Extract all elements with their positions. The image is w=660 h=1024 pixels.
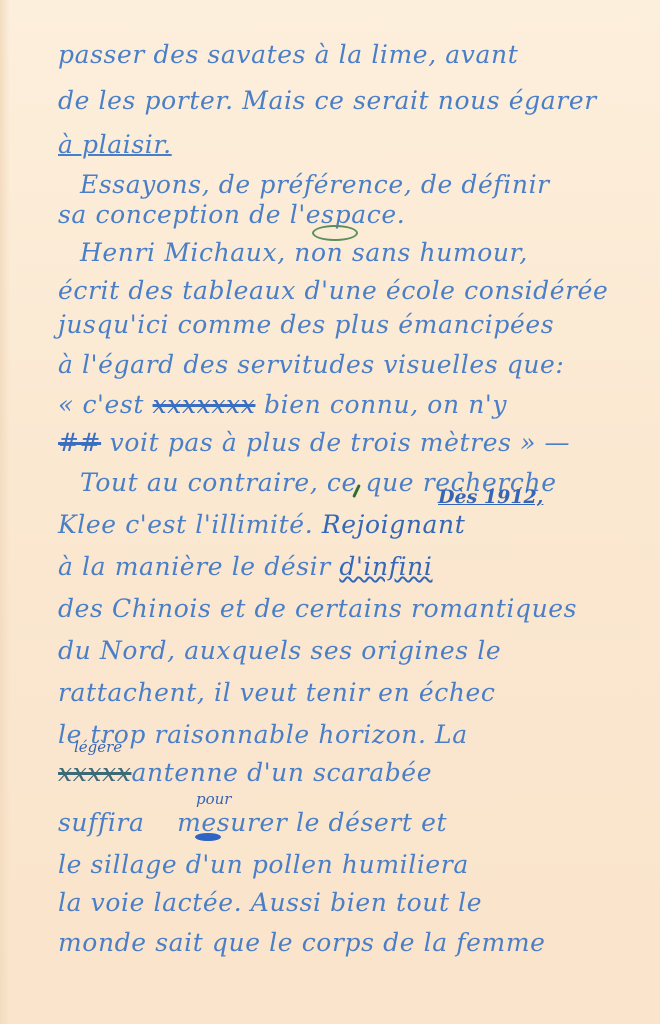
line-20-post: mesurer le désert et [169, 808, 448, 837]
struck-a: à [153, 808, 169, 837]
text-line-5: sa conception de l'espace. [58, 200, 654, 229]
line-20-pre: suffira [58, 808, 153, 837]
underlined-infini: d'infini [339, 552, 432, 581]
line-10-pre: « c'est [58, 390, 153, 419]
text-line-8: jusqu'ici comme des plus émancipées [58, 310, 654, 339]
underlined-word: à plaisir. [58, 130, 172, 159]
text-line-9: à l'égard des servitudes visuelles que: [58, 350, 654, 379]
text-line-1: passer des savates à la lime, avant [58, 40, 654, 69]
line-13-post: Rejoignant [322, 510, 466, 539]
text-line-23: monde sait que le corps de la femme [58, 928, 654, 957]
text-line-14: à la manière le désir d'infini [58, 552, 654, 581]
manuscript-page: passer des savates à la lime, avant de l… [0, 0, 660, 1024]
text-line-3: à plaisir. [58, 130, 654, 159]
text-line-21: le sillage d'un pollen humiliera [58, 850, 654, 879]
line-10-post: bien connu, on n'y [255, 390, 507, 419]
text-line-20: suffira à mesurer le désert et [58, 808, 654, 837]
text-line-17: rattachent, il veut tenir en échec [58, 678, 654, 707]
text-line-22: la voie lactée. Aussi bien tout le [58, 888, 654, 917]
text-line-11: ## voit pas à plus de trois mètres » — [58, 428, 654, 457]
text-line-2: de les porter. Mais ce serait nous égare… [58, 86, 654, 115]
text-line-18: le trop raisonnable horizon. La [58, 720, 654, 749]
insertion-pour: pour [196, 790, 231, 808]
struck-word: xxxxxxx [153, 390, 256, 419]
text-line-7: écrit des tableaux d'une école considéré… [58, 276, 654, 305]
struck-word-green: xxxxx [58, 758, 132, 787]
struck-mark: ## [58, 428, 101, 457]
insertion-legere: légère [74, 738, 122, 756]
line-13-pre: Klee c'est l'illimité. [58, 510, 322, 539]
line-14-pre: à la manière le désir [58, 552, 339, 581]
insertion-des-1912: Dès 1912, [438, 486, 543, 508]
line-11-post: voit pas à plus de trois mètres » — [101, 428, 570, 457]
text-line-4: Essayons, de préférence, de définir [80, 170, 654, 199]
text-line-15: des Chinois et de certains romantiques [58, 594, 654, 623]
text-line-12: Tout au contraire, ce que recherche [80, 468, 654, 497]
text-line-6: Henri Michaux, non sans humour, [80, 238, 654, 267]
text-line-13: Klee c'est l'illimité. Rejoignant [58, 510, 654, 539]
text-line-16: du Nord, auxquels ses origines le [58, 636, 654, 665]
line-19-post: antenne d'un scarabée [132, 758, 433, 787]
text-line-10: « c'est xxxxxxx bien connu, on n'y [58, 390, 654, 419]
text-line-19: xxxxxantenne d'un scarabée [58, 758, 654, 787]
